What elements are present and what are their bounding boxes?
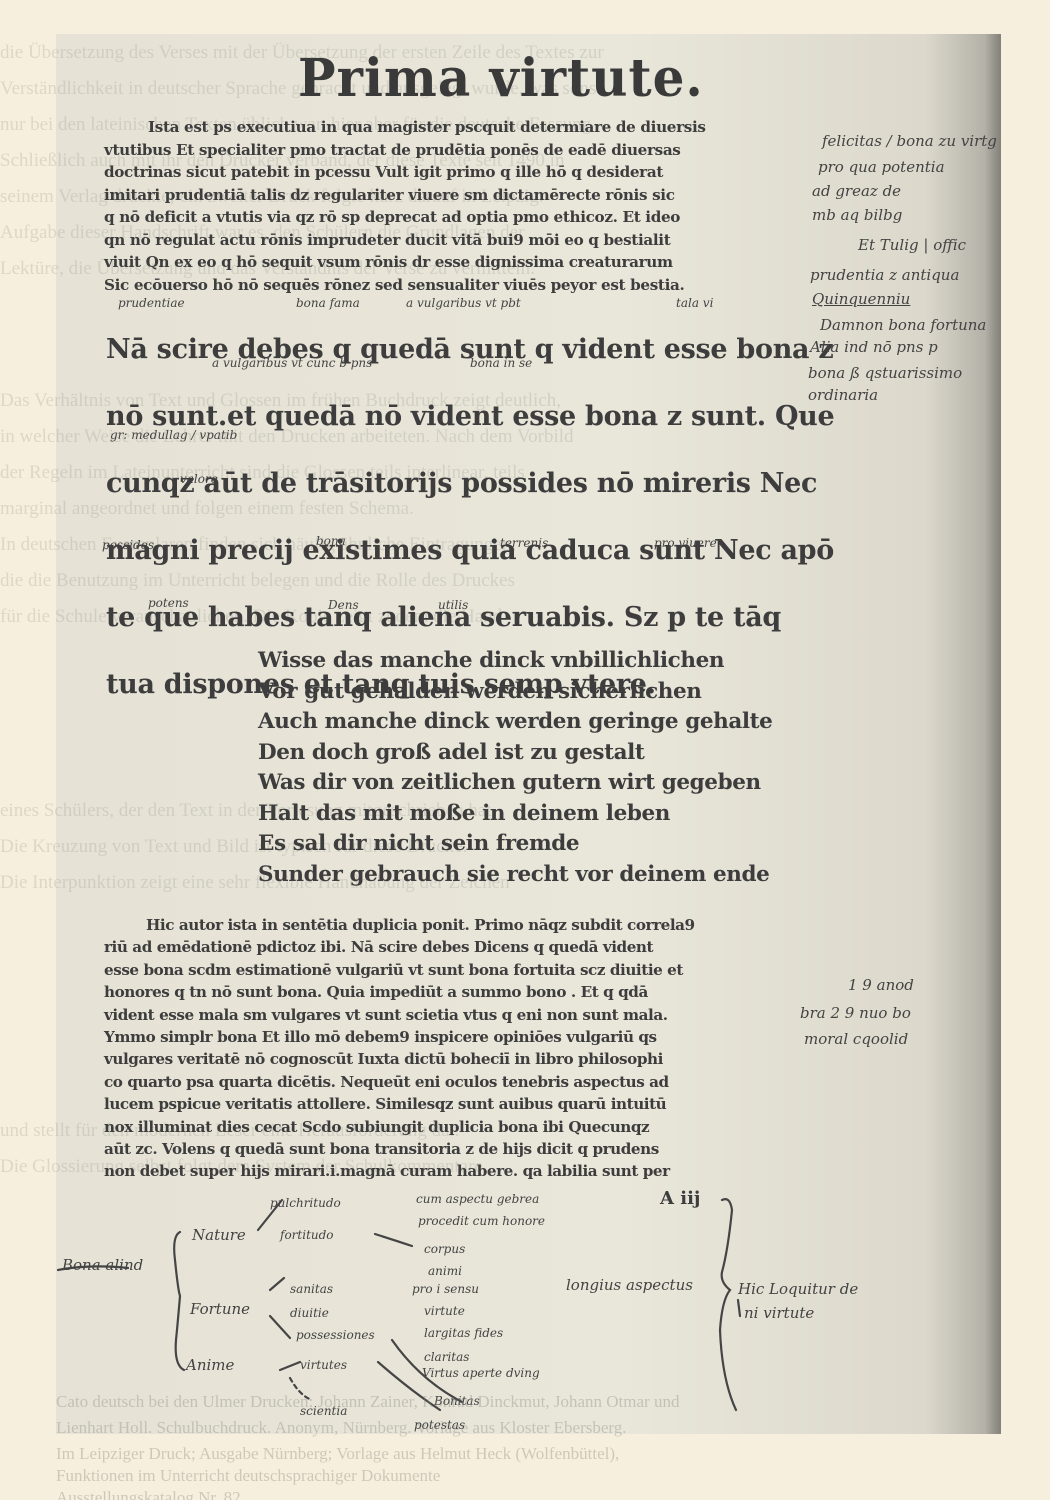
diagram-branch: Fortune bbox=[190, 1300, 250, 1318]
diagram-item: largitas fides bbox=[424, 1326, 503, 1340]
diagram-branch: Nature bbox=[192, 1226, 246, 1244]
caption-line: Lienhart Holl. Schulbuchdruck. Anonym, N… bbox=[56, 1418, 1036, 1438]
caption-line: Ausstellungskatalog Nr. 82 bbox=[56, 1488, 1036, 1500]
diagram-branch: Anime bbox=[186, 1356, 234, 1374]
diagram-item: Virtus aperte dving bbox=[422, 1366, 540, 1380]
diagram-item: diuitie bbox=[290, 1306, 329, 1320]
diagram-item: procedit cum honore bbox=[418, 1214, 545, 1228]
diagram-item: virtute bbox=[424, 1304, 465, 1318]
diagram-item: cum aspectu gebrea bbox=[416, 1192, 539, 1206]
diagram-item: corpus bbox=[424, 1242, 465, 1256]
diagram-item: virtutes bbox=[300, 1358, 347, 1372]
diagram-label: longius aspectus bbox=[566, 1276, 693, 1294]
diagram-root: Bona alind bbox=[62, 1256, 143, 1274]
caption-line: Im Leipziger Druck; Ausgabe Nürnberg; Vo… bbox=[56, 1444, 1036, 1464]
caption-line: Cato deutsch bei den Ulmer Drucken: Joha… bbox=[56, 1392, 1036, 1412]
diagram-far-right: ni virtute bbox=[744, 1304, 814, 1322]
caption-line: Funktionen im Unterricht deutschsprachig… bbox=[56, 1466, 1036, 1486]
diagram-item: possessiones bbox=[296, 1328, 375, 1342]
diagram-item: pro i sensu bbox=[412, 1282, 479, 1296]
diagram-item: animi bbox=[428, 1264, 462, 1278]
diagram-item: sanitas bbox=[290, 1282, 333, 1296]
diagram-item: pulchritudo bbox=[270, 1196, 341, 1210]
diagram-far-right: Hic Loquitur de bbox=[738, 1280, 858, 1298]
diagram-item: fortitudo bbox=[280, 1228, 334, 1242]
diagram-brackets bbox=[0, 0, 1050, 1500]
diagram-item: claritas bbox=[424, 1350, 469, 1364]
